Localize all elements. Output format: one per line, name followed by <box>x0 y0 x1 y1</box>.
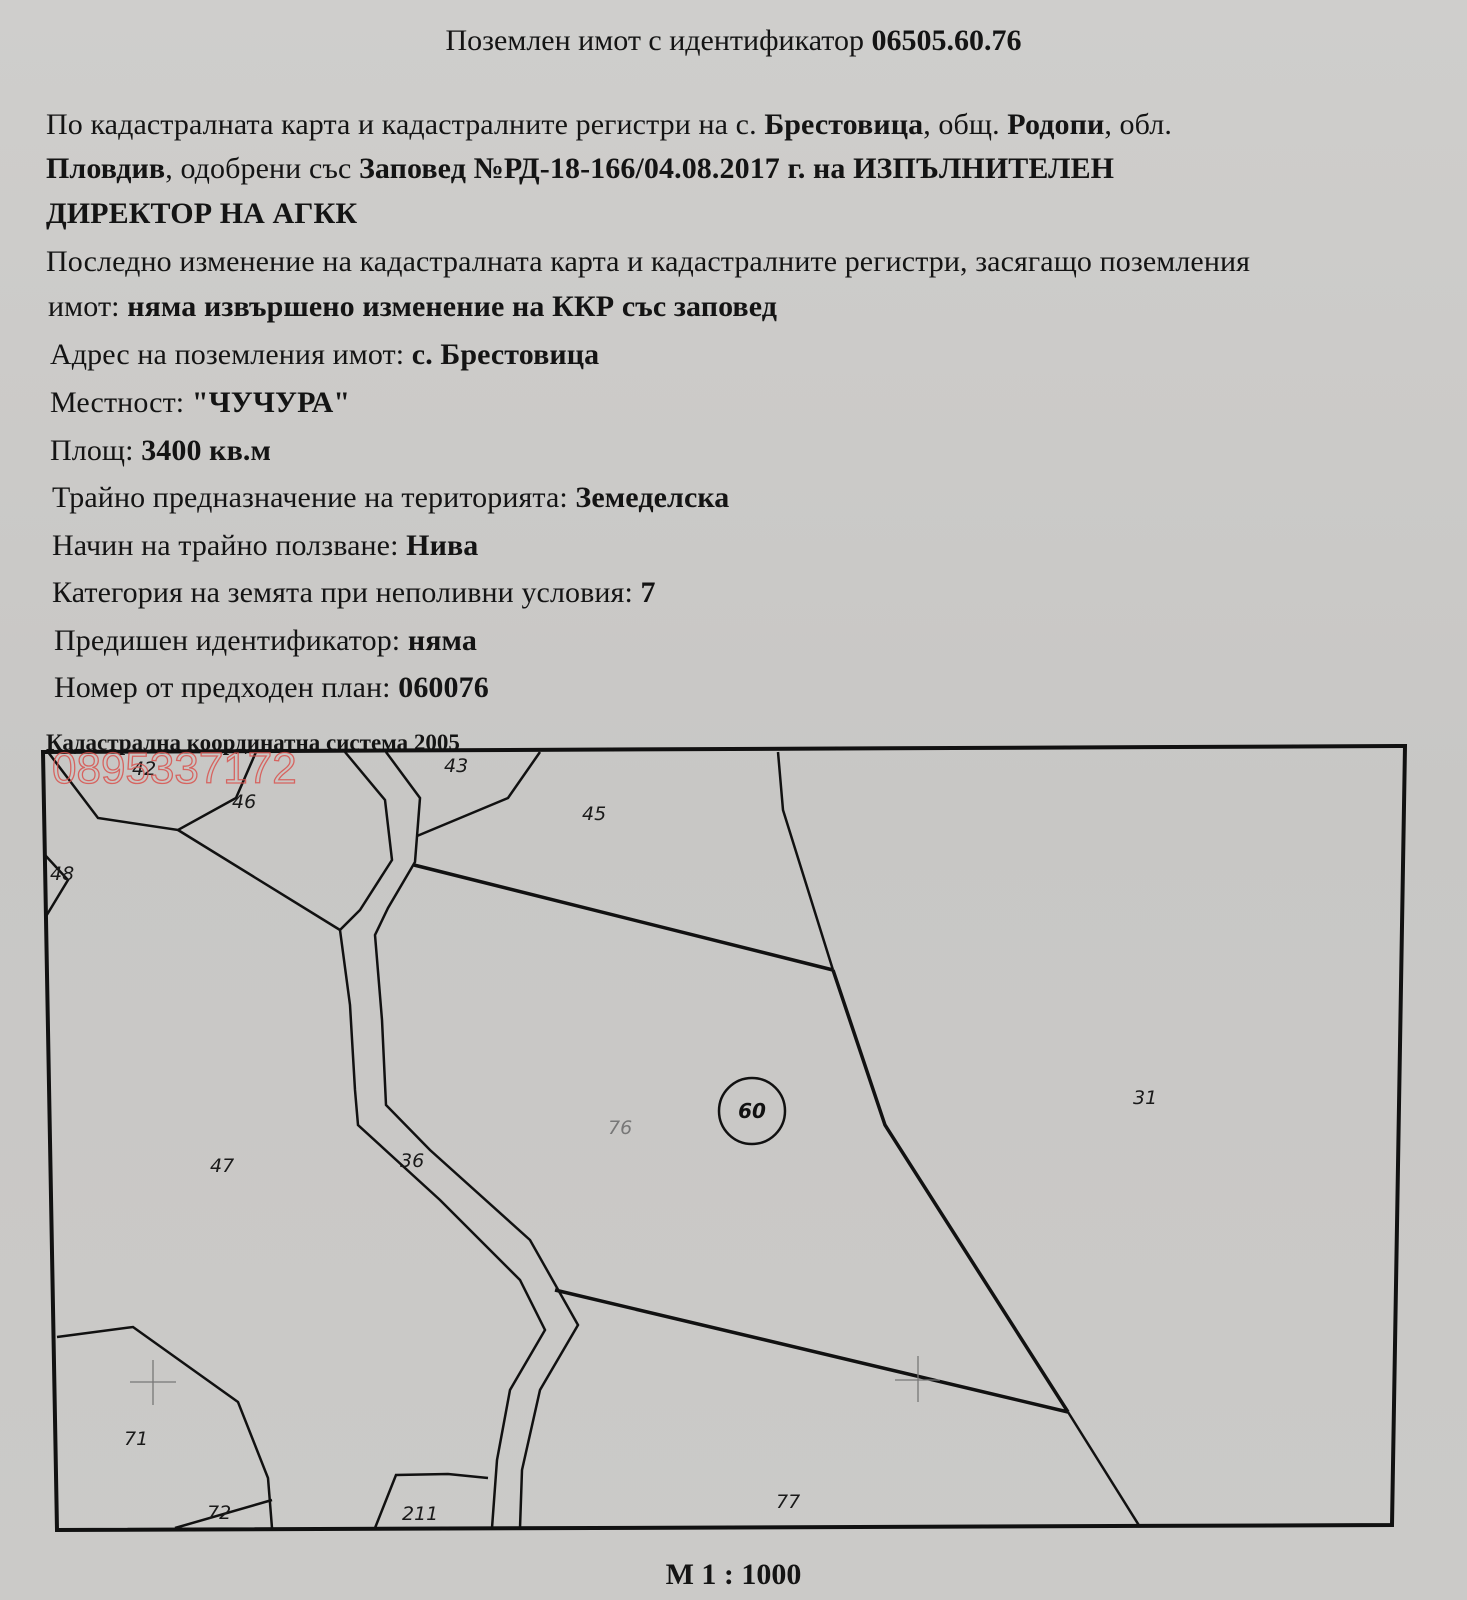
parcel-label: 36 <box>400 1150 424 1172</box>
phone-watermark: 0895337172 <box>52 744 297 793</box>
parcel-label: 46 <box>232 791 256 813</box>
map-scale: М 1 : 1000 <box>0 1558 1467 1592</box>
subject-parcel-label: 76 <box>608 1117 632 1139</box>
parcel-label: 43 <box>444 755 468 777</box>
parcel-label: 31 <box>1133 1087 1157 1109</box>
map-frame <box>43 746 1405 1530</box>
cadastral-sketch-page: Поземлен имот с идентификатор 06505.60.7… <box>0 0 1467 1600</box>
parcel-label: 77 <box>776 1491 800 1513</box>
parcel-label: 211 <box>402 1503 438 1525</box>
zone-number: 60 <box>738 1099 766 1123</box>
parcel-label: 48 <box>50 863 74 885</box>
parcel-label: 71 <box>124 1428 148 1450</box>
grid-crosshair-icon <box>130 1360 176 1405</box>
cadastral-map: 42 46 43 45 48 47 36 76 31 71 72 211 77 … <box>0 0 1467 1600</box>
parcel-label: 45 <box>582 803 606 825</box>
parcel-label: 47 <box>210 1155 234 1177</box>
parcel-label: 72 <box>207 1502 231 1524</box>
